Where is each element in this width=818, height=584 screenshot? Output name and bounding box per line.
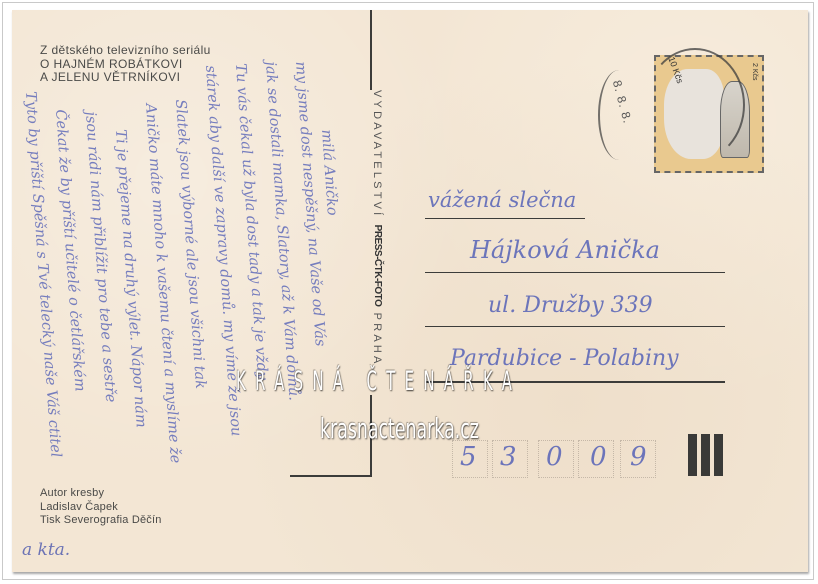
address-rule bbox=[425, 272, 725, 273]
divider-vertical-top bbox=[370, 10, 372, 90]
address-line2: Hájková Anička bbox=[470, 236, 660, 264]
watermark-url: krasnactenarka.cz bbox=[320, 412, 479, 445]
caption-top-line1: Z dětského televizního seriálu bbox=[40, 44, 211, 58]
bar bbox=[701, 434, 710, 476]
caption-bottom: Autor kresby Ladislav Čapek Tisk Severog… bbox=[40, 487, 162, 528]
caption-top: Z dětského televizního seriálu O HAJNÉM … bbox=[40, 44, 211, 85]
postal-code-bars bbox=[688, 434, 723, 476]
address-rule bbox=[425, 326, 725, 327]
caption-top-line2: O HAJNÉM ROBÁTKOVI bbox=[40, 58, 211, 72]
divider-horizontal-bottom bbox=[290, 475, 372, 477]
caption-bottom-line1: Autor kresby bbox=[40, 487, 162, 501]
watermark-title: KRÁSNÁ ČTENÁŘKA bbox=[236, 366, 521, 397]
zip-digit: 5 bbox=[460, 442, 477, 472]
zip-digit: 9 bbox=[630, 442, 647, 472]
caption-bottom-line2: Ladislav Čapek bbox=[40, 501, 162, 515]
publisher-logo: PRESS-ČTK-FOTO bbox=[372, 225, 383, 307]
publisher-prefix: VYDAVATELSTVÍ bbox=[371, 90, 383, 218]
caption-top-line3: A JELENU VĚTRNÍKOVI bbox=[40, 71, 211, 85]
address-line3: ul. Družby 339 bbox=[488, 293, 653, 318]
publisher-imprint: VYDAVATELSTVÍ PRESS-ČTK-FOTO PRAHA bbox=[357, 90, 383, 390]
bar bbox=[714, 434, 723, 476]
zip-digit: 3 bbox=[500, 442, 517, 472]
zip-digit: 0 bbox=[546, 442, 563, 472]
postmark-circle bbox=[645, 48, 745, 162]
caption-bottom-line3: Tisk Severografia Děčín bbox=[40, 514, 162, 528]
message-closing: a kta. bbox=[22, 540, 70, 560]
zip-digit: 0 bbox=[590, 442, 607, 472]
address-line1: vážená slečna bbox=[428, 188, 576, 212]
address-rule bbox=[425, 218, 585, 219]
publisher-suffix: PRAHA bbox=[371, 313, 383, 367]
bar bbox=[688, 434, 697, 476]
stamp-value: 2 Kčs bbox=[751, 63, 758, 81]
